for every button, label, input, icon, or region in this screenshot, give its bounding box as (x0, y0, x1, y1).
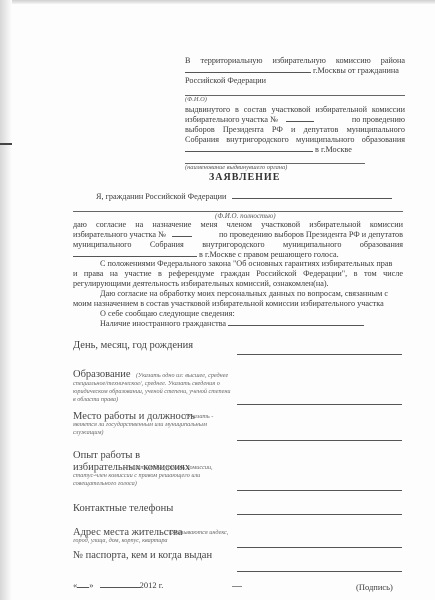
field-education: Образование (Указать одно из: высшее, ср… (73, 364, 233, 404)
phones-input-line[interactable] (237, 514, 402, 515)
header-line-5: избирательного участка № по проведению (185, 115, 405, 125)
law-line-3: регулирующими деятельность избирательных… (73, 279, 329, 289)
birthdate-input-line[interactable] (237, 354, 402, 355)
field-address: Адрес места жительства (Указываются инде… (73, 527, 233, 545)
date-line: «» 2012 г. (73, 580, 163, 590)
passport-input-line[interactable] (237, 571, 402, 572)
municipality-field[interactable] (185, 151, 313, 152)
district-field[interactable] (185, 72, 311, 73)
consent-line-1: даю согласие на назначение меня членом у… (73, 220, 403, 230)
fio-full-note: (Ф.И.О. полностью) (215, 212, 276, 220)
fio-note: (Ф.И.О) (185, 96, 207, 103)
consent-line-3: муниципального Собрания внутригородского… (73, 240, 403, 250)
pd-line-1: Даю согласие на обработку моих персональ… (100, 289, 388, 299)
field-passport: № паспорта, кем и когда выдан (73, 550, 233, 562)
foreign-citizenship-field[interactable] (228, 325, 364, 326)
organ-note: (наименование выдвинувшего органа) (185, 164, 287, 171)
foreign-citizenship-line: Наличие иностранного гражданства (100, 319, 364, 329)
about-line: О себе сообщаю следующие сведения: (100, 309, 235, 319)
education-input-line[interactable] (237, 404, 402, 405)
fio-line[interactable] (185, 95, 405, 96)
consent-line-2: избирательного участка № по проведению в… (73, 230, 403, 240)
field-experience: Опыт работы в избирательных комиссиях (У… (73, 450, 233, 488)
field-workplace: Место работы и должность (Указать - явля… (73, 411, 233, 437)
citizen-line: Я, гражданин Российской Федерации (96, 192, 392, 202)
field-phones: Контактные телефоны (73, 503, 233, 515)
header-line-2: г.Москвы от гражданина (185, 66, 405, 76)
header-line-1: В территориальную избирательную комиссию… (185, 56, 405, 66)
address-input-line[interactable] (237, 547, 402, 548)
signature-mark (232, 586, 242, 587)
law-line-2: и права на участие в референдуме граждан… (73, 269, 403, 279)
signature-label: (Подпись) (356, 582, 393, 592)
field-birthdate: День, месяц, год рождения (73, 340, 233, 352)
workplace-input-line[interactable] (237, 440, 402, 441)
header-line-6: выборов Президента РФ и депутатов муници… (185, 125, 405, 135)
header-line-8: в г.Москве (185, 145, 405, 155)
law-line-1: С положениями Федерального закона "Об ос… (100, 259, 392, 269)
month-field[interactable] (100, 587, 140, 588)
station-number-field[interactable] (286, 121, 314, 122)
scan-edge-mark (0, 143, 12, 145)
experience-input-line[interactable] (237, 490, 402, 491)
station-number-field-2[interactable] (172, 236, 192, 237)
pd-line-2: моим назначением в состав участковой изб… (73, 299, 384, 309)
header-line-7: Собрания внутригородского муниципального… (185, 135, 405, 145)
header-line-3: Российской Федерации (185, 76, 266, 86)
day-field[interactable] (77, 587, 89, 588)
citizen-name-field[interactable] (232, 198, 392, 199)
scan-edge-left (0, 0, 12, 600)
document-title: ЗАЯВЛЕНИЕ (209, 172, 280, 183)
municipality-field-2[interactable] (73, 256, 197, 257)
scan-edge-top (0, 0, 435, 4)
header-line-4: выдвинутого в состав участковой избирате… (185, 105, 405, 115)
